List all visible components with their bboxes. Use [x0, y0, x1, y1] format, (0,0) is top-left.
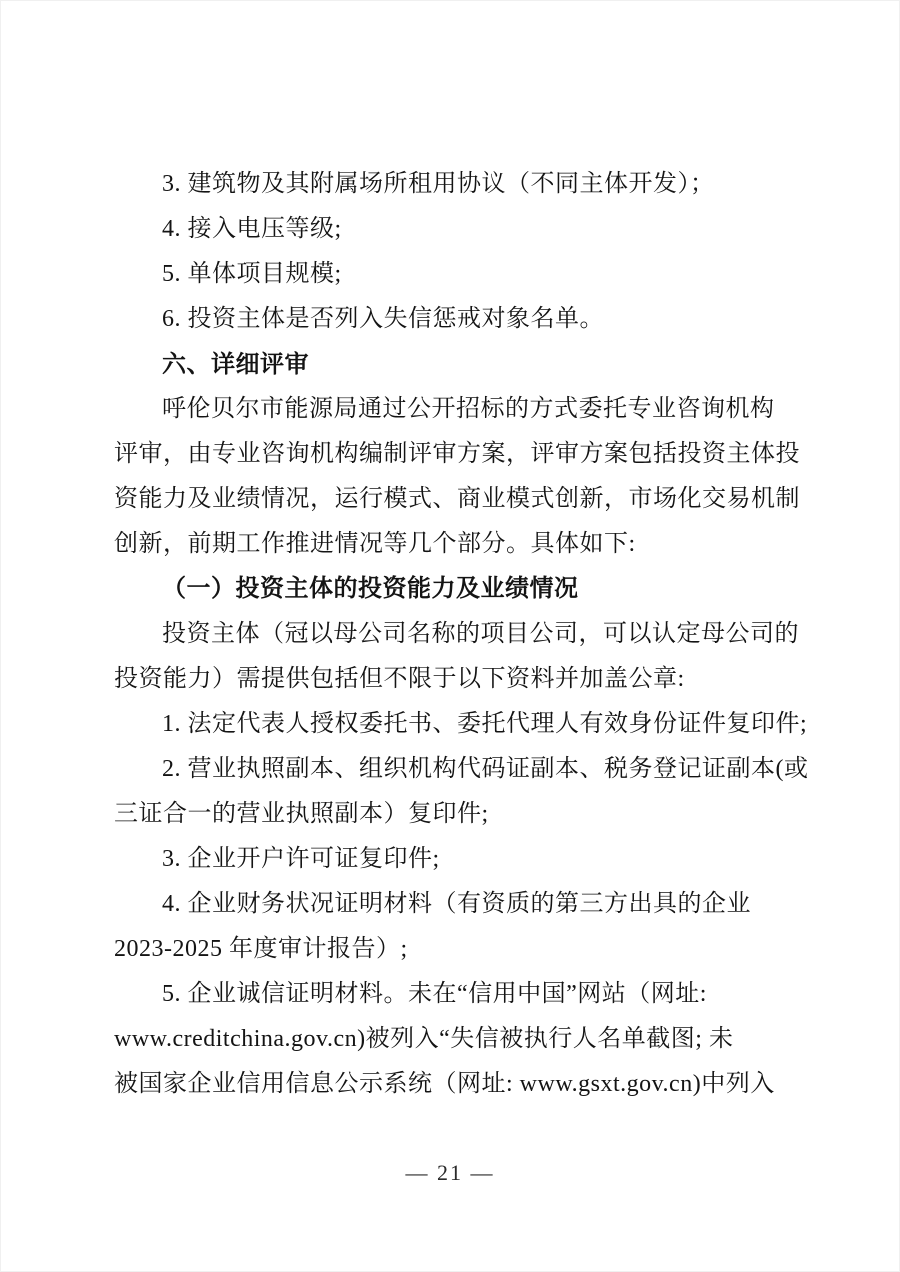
list-item-5-project-scale: 5. 单体项目规模; [114, 252, 790, 297]
document-body: 3. 建筑物及其附属场所租用协议（不同主体开发）； 4. 接入电压等级; 5. … [114, 162, 790, 1107]
page-number: — 21 — [1, 1150, 899, 1195]
list-item-6-dishonesty-list: 6. 投资主体是否列入失信惩戒对象名单。 [114, 297, 790, 342]
material-item-2-business-license: 2. 营业执照副本、组织机构代码证副本、税务登记证副本(或 三证合一的营业执照副… [114, 747, 790, 837]
paragraph-investor-materials-intro: 投资主体（冠以母公司名称的项目公司，可以认定母公司的 投资能力）需提供包括但不限… [114, 612, 790, 702]
paragraph-review-process: 呼伦贝尔市能源局通过公开招标的方式委托专业咨询机构 评审，由专业咨询机构编制评审… [114, 387, 790, 567]
subsection-heading-investor-capability: （一）投资主体的投资能力及业绩情况 [114, 567, 790, 612]
material-item-3-account-permit: 3. 企业开户许可证复印件; [114, 837, 790, 882]
list-item-3-building-lease: 3. 建筑物及其附属场所租用协议（不同主体开发）； [114, 162, 790, 207]
list-item-4-voltage-level: 4. 接入电压等级; [114, 207, 790, 252]
material-item-4-financial-proof: 4. 企业财务状况证明材料（有资质的第三方出具的企业 2023-2025 年度审… [114, 882, 790, 972]
section-heading-detailed-review: 六、详细评审 [114, 342, 790, 387]
material-item-1-authorization-letter: 1. 法定代表人授权委托书、委托代理人有效身份证件复印件; [114, 702, 790, 747]
document-page: 3. 建筑物及其附属场所租用协议（不同主体开发）； 4. 接入电压等级; 5. … [0, 0, 900, 1272]
material-item-5-credit-proof: 5. 企业诚信证明材料。未在“信用中国”网站（网址: www.creditchi… [114, 972, 790, 1107]
